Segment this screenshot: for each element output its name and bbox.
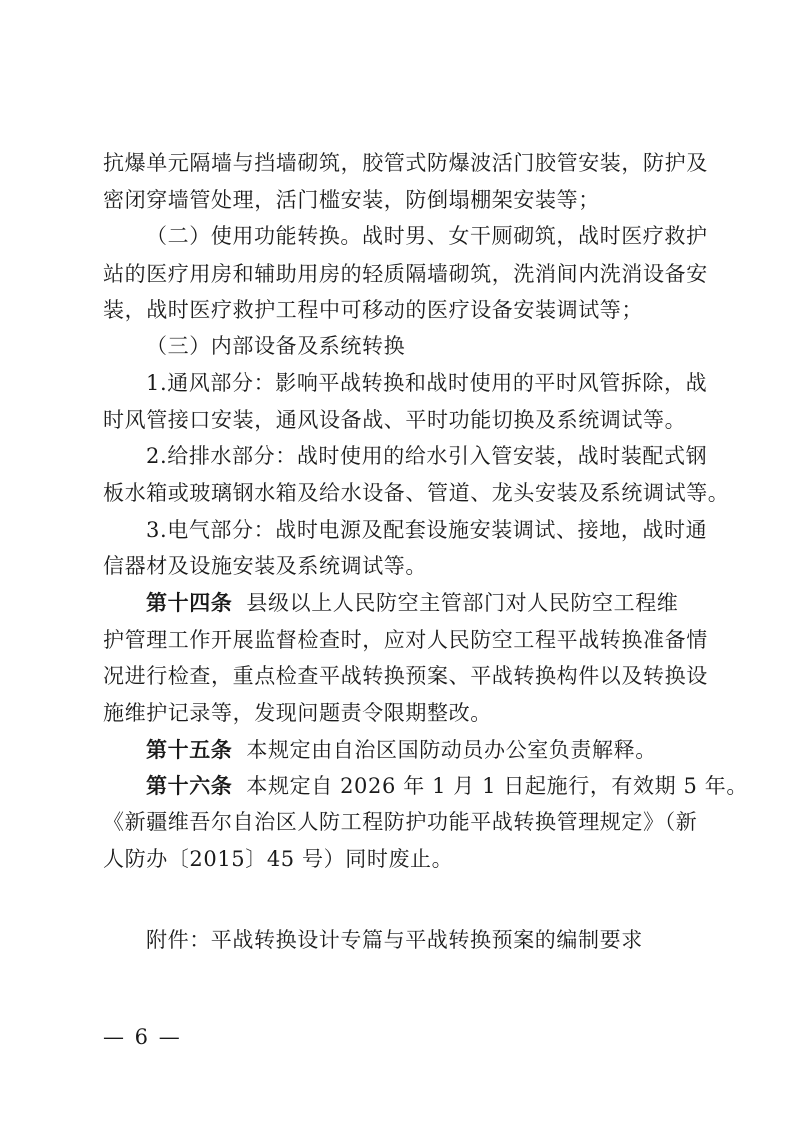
article-number: 第十五条 — [146, 738, 232, 762]
article-16: 第十六条本规定自 2026 年 1 月 1 日起施行，有效期 5 年。 — [146, 768, 691, 804]
body-line: 密闭穿墙管处理，活门槛安装，防倒塌棚架安装等； — [103, 182, 691, 218]
attachment-note: 附件：平战转换设计专篇与平战转换预案的编制要求 — [146, 922, 691, 958]
body-line: 人防办〔2015〕45 号）同时废止。 — [103, 841, 691, 877]
article-text: 本规定由自治区国防动员办公室负责解释。 — [246, 738, 656, 762]
item-electrical: 3.电气部分：战时电源及配套设施安装调试、接地，战时通 — [146, 512, 691, 548]
article-number: 第十四条 — [146, 591, 232, 615]
article-14: 第十四条县级以上人民防空主管部门对人民防空工程维 — [146, 585, 691, 621]
article-text: 县级以上人民防空主管部门对人民防空工程维 — [246, 591, 678, 615]
article-text: 本规定自 2026 年 1 月 1 日起施行，有效期 5 年。 — [246, 774, 748, 798]
body-line: 况进行检查，重点检查平战转换预案、平战转换构件以及转换设 — [103, 658, 691, 694]
article-15: 第十五条本规定由自治区国防动员办公室负责解释。 — [146, 732, 691, 768]
body-line: 时风管接口安装，通风设备战、平时功能切换及系统调试等。 — [103, 402, 691, 438]
body-line: 护管理工作开展监督检查时，应对人民防空工程平战转换准备情 — [103, 622, 691, 658]
document-page: 抗爆单元隔墙与挡墙砌筑，胶管式防爆波活门胶管安装，防护及 密闭穿墙管处理，活门槛… — [0, 0, 793, 1122]
body-line: 施维护记录等，发现问题责令限期整改。 — [103, 695, 691, 731]
page-number: — 6 — — [103, 1022, 182, 1052]
body-line: 站的医疗用房和辅助用房的轻质隔墙砌筑，洗消间内洗消设备安 — [103, 256, 691, 292]
article-number: 第十六条 — [146, 774, 232, 798]
body-line: 抗爆单元隔墙与挡墙砌筑，胶管式防爆波活门胶管安装，防护及 — [103, 145, 691, 181]
section-heading-3: （三）内部设备及系统转换 — [146, 328, 691, 364]
section-heading-2: （二）使用功能转换。战时男、女干厕砌筑，战时医疗救护 — [146, 218, 691, 254]
body-line: 信器材及设施安装及系统调试等。 — [103, 548, 691, 584]
body-line: 《新疆维吾尔自治区人防工程防护功能平战转换管理规定》（新 — [103, 804, 691, 840]
body-line: 板水箱或玻璃钢水箱及给水设备、管道、龙头安装及系统调试等。 — [103, 475, 691, 511]
item-ventilation: 1.通风部分：影响平战转换和战时使用的平时风管拆除，战 — [146, 365, 691, 401]
item-water: 2.给排水部分：战时使用的给水引入管安装，战时装配式钢 — [146, 438, 691, 474]
body-line: 装，战时医疗救护工程中可移动的医疗设备安装调试等； — [103, 292, 691, 328]
